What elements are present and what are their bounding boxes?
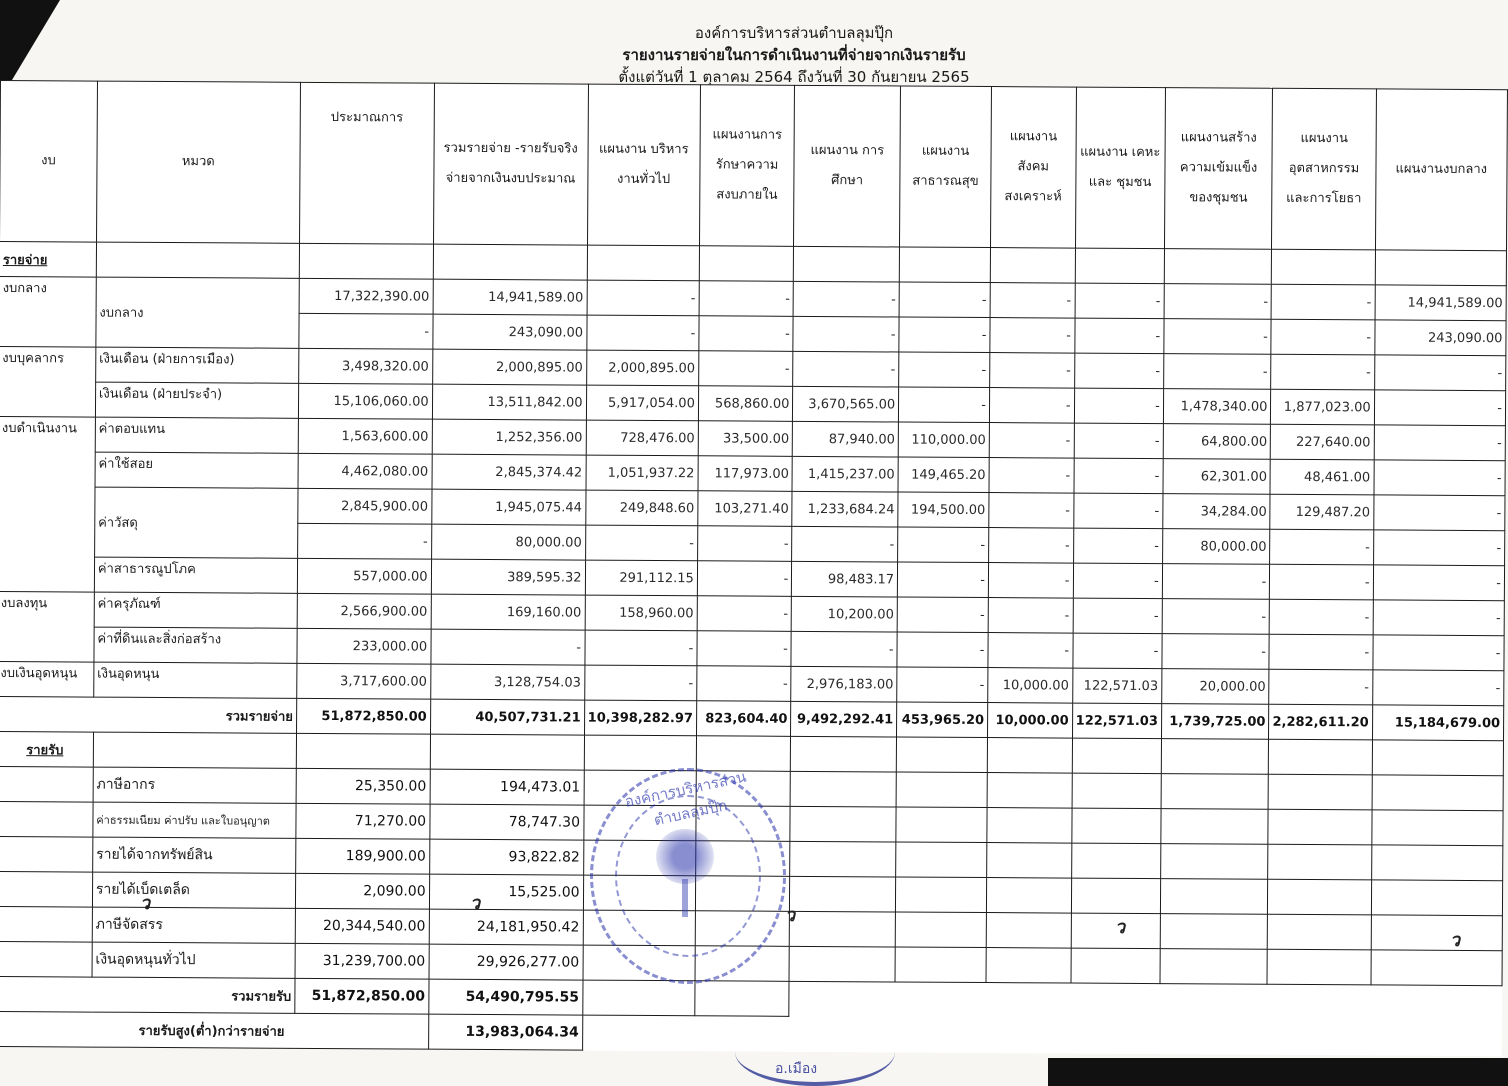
plan-value-cell: - — [1374, 425, 1506, 461]
plan-value-cell: - — [697, 526, 792, 562]
actual-cell: 2,845,374.42 — [432, 454, 586, 490]
table-header-row: งบ หมวด ประมาณการ รวมรายจ่าย -รายรับจริง… — [0, 81, 1507, 251]
estimate-cell: 4,462,080.00 — [298, 453, 432, 489]
plan-value-cell: - — [1074, 423, 1163, 459]
plan-value-cell: 1,415,237.00 — [792, 456, 898, 492]
empty-cell — [1075, 248, 1164, 284]
estimate-cell: 3,498,320.00 — [298, 348, 432, 384]
blank-area — [789, 981, 895, 1017]
plan-value-cell: - — [988, 563, 1073, 599]
column-header-plan: แผนงาน สังคม สงเคราะห์ — [990, 87, 1076, 249]
empty-cell — [791, 736, 897, 772]
empty-cell — [583, 840, 695, 876]
empty-cell — [896, 737, 987, 773]
blank-area — [1070, 983, 1159, 1019]
plan-value-cell: - — [1073, 563, 1162, 599]
empty-cell — [1164, 249, 1272, 285]
actual-cell: 13,511,842.00 — [432, 384, 586, 420]
plan-value-cell: - — [698, 351, 793, 387]
budget-group-cell: งบเงินอุดหนุน — [0, 661, 94, 697]
revenue-category-cell: รายได้เบ็ดเตล็ด — [92, 872, 295, 908]
plan-value-cell: - — [990, 283, 1075, 319]
plan-value-cell: - — [1373, 600, 1505, 636]
empty-cell — [1161, 774, 1269, 810]
plan-value-cell: - — [1373, 495, 1505, 531]
blank-area — [1070, 1018, 1159, 1054]
empty-cell — [587, 245, 699, 281]
empty-cell — [96, 242, 299, 278]
plan-value-cell: 33,500.00 — [698, 421, 793, 457]
empty-cell — [986, 878, 1071, 914]
empty-cell — [93, 732, 296, 768]
plan-value-cell: - — [989, 388, 1074, 424]
revenue-actual-cell: 15,525.00 — [429, 874, 583, 910]
revenue-actual-cell: 194,473.01 — [430, 769, 584, 805]
empty-cell — [790, 876, 896, 912]
actual-cell: 80,000.00 — [431, 524, 585, 560]
plan-value-cell: 62,301.00 — [1163, 459, 1271, 495]
actual-cell: 1,945,075.44 — [431, 489, 585, 525]
empty-cell — [790, 911, 896, 947]
column-header-budget: งบ — [0, 81, 97, 243]
plan-value-cell: - — [1270, 564, 1373, 600]
empty-cell — [582, 980, 694, 1016]
plan-value-cell: - — [1271, 319, 1374, 355]
empty-cell — [1371, 950, 1503, 986]
plan-value-cell: - — [587, 280, 699, 316]
empty-cell — [0, 766, 93, 802]
plan-value-cell: - — [1162, 634, 1270, 670]
plan-value-cell: - — [1162, 564, 1270, 600]
revenue-category-cell: เงินอุดหนุนทั่วไป — [92, 942, 295, 978]
revenue-estimate-cell: 71,270.00 — [296, 803, 430, 839]
empty-cell — [1267, 949, 1370, 985]
blank-area — [895, 1017, 986, 1053]
plan-value-cell: - — [793, 351, 899, 387]
plan-value-cell: - — [1269, 669, 1372, 705]
blank-area — [895, 982, 986, 1018]
total-plan-cell: 10,398,282.97 — [584, 700, 696, 736]
plan-value-cell: - — [1164, 319, 1272, 355]
column-header-plan: แผนงาน เคหะและ ชุมชน — [1075, 87, 1165, 249]
plan-value-cell: - — [1372, 670, 1504, 706]
plan-value-cell: 249,848.60 — [585, 490, 697, 526]
plan-value-cell: - — [1270, 599, 1373, 635]
empty-cell — [430, 734, 584, 770]
category-cell: ค่าสาธารณูปโภค — [94, 557, 297, 593]
empty-cell — [1161, 809, 1269, 845]
plan-value-cell: - — [989, 423, 1074, 459]
empty-cell — [1375, 250, 1507, 286]
category-cell: ค่าวัสดุ — [94, 487, 297, 558]
plan-value-cell: 568,860.00 — [698, 386, 793, 422]
plan-value-cell: 227,640.00 — [1271, 424, 1374, 460]
empty-cell — [794, 246, 900, 282]
plan-value-cell: - — [897, 667, 988, 703]
plan-value-cell: - — [1074, 318, 1163, 354]
blank-area — [1160, 984, 1268, 1020]
plan-value-cell: - — [584, 630, 696, 666]
empty-cell — [986, 913, 1071, 949]
empty-cell — [695, 911, 790, 947]
empty-cell — [1269, 739, 1372, 775]
empty-cell — [1371, 880, 1503, 916]
empty-cell — [583, 910, 695, 946]
empty-cell — [1372, 775, 1504, 811]
empty-cell — [583, 945, 695, 981]
blank-area — [1267, 1019, 1370, 1055]
empty-cell — [896, 842, 987, 878]
empty-cell — [1268, 879, 1371, 915]
plan-value-cell: - — [793, 281, 899, 317]
empty-cell — [1071, 878, 1160, 914]
plan-value-cell: - — [1374, 355, 1506, 391]
empty-cell — [1371, 845, 1503, 881]
empty-cell — [790, 841, 896, 877]
empty-cell — [1268, 809, 1371, 845]
empty-cell — [1268, 844, 1371, 880]
empty-cell — [296, 733, 430, 769]
plan-value-cell: 728,476.00 — [586, 420, 698, 456]
empty-cell — [895, 947, 986, 983]
empty-cell — [1272, 249, 1375, 285]
revenue-estimate-cell: 25,350.00 — [296, 768, 430, 804]
actual-cell: 169,160.00 — [431, 594, 585, 630]
empty-cell — [1371, 810, 1503, 846]
empty-cell — [896, 807, 987, 843]
actual-cell: 2,000,895.00 — [432, 349, 586, 385]
plan-value-cell: 5,917,054.00 — [586, 385, 698, 421]
column-header-plan: แผนงาน การศึกษา — [794, 85, 901, 247]
blank-area — [1370, 1020, 1502, 1056]
total-revenue-estimate: 51,872,850.00 — [295, 978, 429, 1014]
budget-group-cell: งบบุคลากร — [0, 346, 96, 417]
plan-value-cell: 34,284.00 — [1163, 494, 1271, 530]
signature-stamp-text: อ.เมือง — [775, 1058, 817, 1080]
revenue-category-cell: รายได้จากทรัพย์สิน — [92, 837, 295, 873]
column-header-plan: แผนงานสร้าง ความเข้มแข็ง ของชุมชน — [1164, 88, 1273, 250]
plan-value-cell: - — [990, 353, 1075, 389]
estimate-cell: 2,845,900.00 — [298, 488, 432, 524]
plan-value-cell: 10,000.00 — [988, 668, 1073, 704]
revenue-category-cell: ภาษีจัดสรร — [92, 907, 295, 943]
blank-area — [986, 1018, 1071, 1054]
estimate-cell: 233,000.00 — [297, 628, 431, 664]
handwritten-initials: ว — [470, 888, 480, 917]
plan-value-cell: 14,941,589.00 — [1375, 285, 1507, 321]
empty-cell — [1072, 773, 1161, 809]
blank-area — [1159, 1019, 1267, 1055]
empty-cell — [0, 871, 92, 907]
section-label-expenditure: รายจ่าย — [0, 242, 96, 278]
plan-value-cell: 158,960.00 — [585, 595, 697, 631]
empty-cell — [899, 247, 990, 283]
plan-value-cell: - — [1164, 284, 1272, 320]
empty-cell — [1072, 738, 1161, 774]
plan-value-cell: - — [897, 562, 988, 598]
plan-value-cell: - — [1373, 635, 1505, 671]
estimate-cell: - — [297, 523, 431, 559]
plan-value-cell: 194,500.00 — [898, 492, 989, 528]
actual-cell: - — [431, 629, 585, 665]
empty-cell — [1160, 879, 1268, 915]
empty-cell — [699, 246, 794, 282]
column-header-plan: แผนงาน อุตสาหกรรม และการโยธา — [1272, 88, 1376, 250]
plan-value-cell: - — [699, 281, 794, 317]
revenue-estimate-cell: 189,900.00 — [295, 838, 429, 874]
revenue-category-cell: ค่าธรรมเนียม ค่าปรับ และใบอนุญาต — [93, 802, 296, 838]
plan-value-cell: 117,973.00 — [698, 456, 793, 492]
plan-value-cell: - — [1374, 460, 1506, 496]
estimate-cell: 557,000.00 — [297, 558, 431, 594]
column-header-plan: แผนงานงบกลาง — [1375, 89, 1507, 251]
category-cell: งบกลาง — [96, 277, 299, 348]
total-plan-cell: 10,000.00 — [987, 703, 1072, 739]
empty-cell — [696, 771, 791, 807]
plan-value-cell: 243,090.00 — [1374, 320, 1506, 356]
category-cell: เงินอุดหนุน — [94, 662, 297, 698]
total-estimate-cell: 51,872,850.00 — [296, 698, 430, 734]
plan-value-cell: 1,233,684.24 — [792, 491, 898, 527]
revenue-estimate-cell: 2,090.00 — [295, 873, 429, 909]
estimate-cell: - — [299, 313, 433, 349]
column-header-plan: แผนงาน สาธารณสุข — [900, 86, 992, 248]
handwritten-initials: ว — [140, 888, 150, 917]
plan-value-cell: - — [792, 526, 898, 562]
column-header-actual: รวมรายจ่าย -รายรับจริง จ่ายจากเงินงบประม… — [433, 83, 588, 245]
plan-value-cell: 122,571.03 — [1072, 668, 1161, 704]
actual-cell: 389,595.32 — [431, 559, 585, 595]
plan-value-cell: 2,000,895.00 — [586, 350, 698, 386]
empty-cell — [1071, 843, 1160, 879]
total-label-revenue: รวมรายรับ — [0, 976, 295, 1013]
plan-value-cell: - — [1271, 354, 1374, 390]
plan-value-cell: - — [899, 317, 990, 353]
plan-value-cell: - — [1074, 458, 1163, 494]
empty-cell — [1372, 740, 1504, 776]
plan-value-cell: - — [585, 525, 697, 561]
blank-area — [986, 983, 1071, 1019]
plan-value-cell: - — [899, 282, 990, 318]
empty-cell — [696, 806, 791, 842]
empty-cell — [0, 836, 93, 872]
empty-cell — [695, 876, 790, 912]
empty-cell — [1160, 844, 1268, 880]
empty-cell — [790, 771, 896, 807]
plan-value-cell: - — [1162, 599, 1270, 635]
plan-value-cell: 64,800.00 — [1163, 424, 1271, 460]
blank-area — [1267, 984, 1370, 1020]
plan-value-cell: 3,670,565.00 — [793, 386, 899, 422]
revenue-actual-cell: 29,926,277.00 — [429, 944, 583, 980]
plan-value-cell: - — [897, 597, 988, 633]
plan-value-cell: - — [586, 315, 698, 351]
empty-cell — [1268, 774, 1371, 810]
plan-value-cell: - — [1269, 634, 1372, 670]
empty-cell — [0, 801, 93, 837]
plan-value-cell: - — [1074, 353, 1163, 389]
plan-value-cell: 2,976,183.00 — [791, 666, 897, 702]
empty-cell — [990, 248, 1075, 284]
actual-cell: 14,941,589.00 — [433, 279, 587, 315]
category-cell: ค่าตอบแทน — [95, 417, 298, 453]
plan-value-cell: - — [989, 528, 1074, 564]
plan-value-cell: 1,877,023.00 — [1271, 389, 1374, 425]
estimate-cell: 2,566,900.00 — [297, 593, 431, 629]
total-plan-cell: 1,739,725.00 — [1161, 704, 1269, 740]
plan-value-cell: 291,112.15 — [585, 560, 697, 596]
plan-value-cell: - — [699, 316, 794, 352]
handwritten-initials: ว — [1115, 912, 1125, 941]
empty-cell — [695, 946, 790, 982]
handwritten-initials: ว — [785, 900, 795, 929]
estimate-cell: 15,106,060.00 — [298, 383, 432, 419]
revenue-category-cell: ภาษีอากร — [93, 767, 296, 803]
estimate-cell: 17,322,390.00 — [299, 278, 433, 314]
plan-value-cell: - — [898, 527, 989, 563]
plan-value-cell: 80,000.00 — [1162, 529, 1270, 565]
plan-value-cell: - — [897, 632, 988, 668]
plan-value-cell: - — [697, 561, 792, 597]
empty-cell — [0, 941, 92, 977]
category-cell: เงินเดือน (ฝ่ายการเมือง) — [95, 347, 298, 383]
handwritten-initials: ว — [1450, 925, 1460, 954]
plan-value-cell: - — [697, 631, 792, 667]
scan-shadow — [1048, 1058, 1508, 1086]
empty-cell — [695, 981, 790, 1017]
plan-value-cell: 129,487.20 — [1270, 494, 1373, 530]
total-actual-cell: 40,507,731.21 — [430, 699, 584, 735]
plan-value-cell: - — [697, 666, 792, 702]
budget-group-cell: งบดำเนินงาน — [0, 416, 95, 592]
plan-value-cell: - — [1075, 283, 1164, 319]
plan-value-cell: - — [697, 596, 792, 632]
actual-cell: 3,128,754.03 — [430, 664, 584, 700]
empty-cell — [895, 912, 986, 948]
empty-cell — [987, 843, 1072, 879]
empty-cell — [896, 877, 987, 913]
total-plan-cell: 15,184,679.00 — [1372, 705, 1504, 741]
empty-cell — [1071, 808, 1160, 844]
plan-value-cell: - — [1271, 284, 1374, 320]
category-cell: ค่าที่ดินและสิ่งก่อสร้าง — [94, 627, 297, 663]
plan-value-cell: 1,478,340.00 — [1163, 389, 1271, 425]
estimate-cell: 3,717,600.00 — [297, 663, 431, 699]
empty-cell — [986, 948, 1071, 984]
empty-cell — [695, 841, 790, 877]
empty-cell — [433, 244, 587, 280]
empty-cell — [987, 808, 1072, 844]
expenditure-report-table: งบ หมวด ประมาณการ รวมรายจ่าย -รายรับจริง… — [0, 80, 1508, 1056]
plan-value-cell: - — [1073, 493, 1162, 529]
actual-cell: 1,252,356.00 — [432, 419, 586, 455]
empty-cell — [896, 772, 987, 808]
plan-value-cell: - — [1074, 388, 1163, 424]
revenue-actual-cell: 78,747.30 — [429, 804, 583, 840]
empty-cell — [1160, 949, 1268, 985]
plan-value-cell: 48,461.00 — [1270, 459, 1373, 495]
plan-value-cell: - — [1072, 633, 1161, 669]
empty-cell — [583, 805, 695, 841]
plan-value-cell: - — [793, 316, 899, 352]
section-label-revenue: รายรับ — [0, 731, 93, 767]
actual-cell: 243,090.00 — [432, 314, 586, 350]
plan-value-cell: 1,051,937.22 — [586, 455, 698, 491]
blank-area — [694, 1016, 789, 1052]
empty-cell — [584, 770, 696, 806]
plan-value-cell: - — [1373, 565, 1505, 601]
empty-cell — [299, 243, 433, 279]
plan-value-cell: - — [1073, 528, 1162, 564]
empty-cell — [1371, 915, 1503, 951]
empty-cell — [790, 806, 896, 842]
plan-value-cell: 103,271.40 — [698, 491, 793, 527]
plan-value-cell: - — [990, 318, 1075, 354]
total-plan-cell: 453,965.20 — [897, 702, 988, 738]
plan-value-cell: 98,483.17 — [792, 561, 898, 597]
empty-cell — [583, 875, 695, 911]
plan-value-cell: - — [899, 352, 990, 388]
blank-area — [582, 1015, 694, 1051]
estimate-cell: 1,563,600.00 — [298, 418, 432, 454]
category-cell: ค่าใช้สอย — [95, 452, 298, 488]
column-header-estimate: ประมาณการ — [299, 82, 434, 244]
organization-name: องค์การบริหารส่วนตำบลลุมปุ๊ก — [40, 22, 1508, 44]
empty-cell — [696, 736, 791, 772]
document-header: องค์การบริหารส่วนตำบลลุมปุ๊ก รายงานรายจ่… — [40, 22, 1508, 88]
plan-value-cell: 20,000.00 — [1162, 669, 1270, 705]
revenue-actual-cell: 93,822.82 — [429, 839, 583, 875]
plan-value-cell: - — [1374, 390, 1506, 426]
plan-value-cell: 87,940.00 — [793, 421, 899, 457]
surplus-label: รายรับสูง(ต่ำ)กว่ารายจ่าย — [0, 1011, 428, 1049]
empty-cell — [789, 946, 895, 982]
category-cell: ค่าครุภัณฑ์ — [94, 592, 297, 628]
empty-cell — [987, 773, 1072, 809]
column-header-plan: แผนงานการ รักษาความ สงบภายใน — [699, 85, 794, 247]
plan-value-cell: - — [988, 598, 1073, 634]
column-header-category: หมวด — [96, 81, 300, 243]
total-plan-cell: 9,492,292.41 — [791, 701, 897, 737]
plan-value-cell: - — [989, 493, 1074, 529]
empty-cell — [584, 735, 696, 771]
plan-value-cell: - — [1270, 529, 1373, 565]
empty-cell — [987, 738, 1072, 774]
total-plan-cell: 2,282,611.20 — [1269, 704, 1372, 740]
plan-value-cell: - — [584, 665, 696, 701]
total-label-expenditure: รวมรายจ่าย — [0, 696, 297, 733]
empty-cell — [0, 906, 92, 942]
revenue-actual-cell: 24,181,950.42 — [429, 909, 583, 945]
plan-value-cell: 10,200.00 — [792, 596, 898, 632]
empty-cell — [1160, 914, 1268, 950]
revenue-estimate-cell: 31,239,700.00 — [295, 943, 429, 979]
plan-value-cell: - — [1073, 598, 1162, 634]
column-header-plan: แผนงาน บริหารงานทั่วไป — [587, 84, 700, 246]
plan-value-cell: - — [791, 631, 897, 667]
category-cell: เงินเดือน (ฝ่ายประจำ) — [95, 382, 298, 418]
plan-value-cell: - — [1163, 354, 1271, 390]
plan-value-cell: - — [988, 633, 1073, 669]
plan-value-cell: - — [1373, 530, 1505, 566]
report-title: รายงานรายจ่ายในการดำเนินงานที่จ่ายจากเงิ… — [40, 44, 1508, 66]
budget-group-cell: งบลงทุน — [0, 591, 94, 662]
plan-value-cell: - — [899, 387, 990, 423]
empty-cell — [1161, 739, 1269, 775]
surplus-value: 13,983,064.34 — [428, 1014, 582, 1050]
empty-cell — [1071, 948, 1160, 984]
empty-cell — [1268, 914, 1371, 950]
